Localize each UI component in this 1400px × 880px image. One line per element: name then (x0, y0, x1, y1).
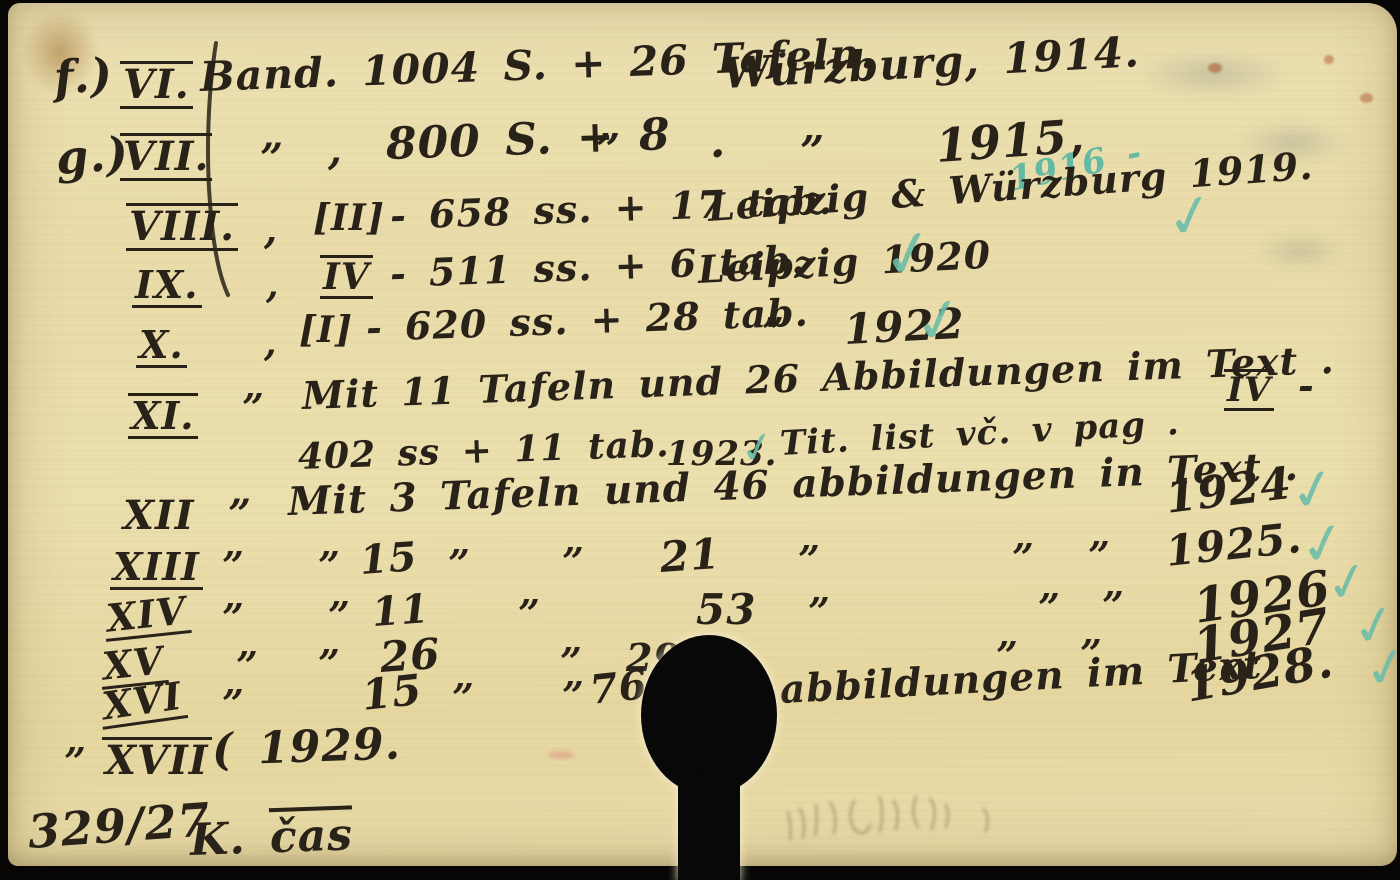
period-mark: . (710, 121, 726, 165)
dash-mark: - (1298, 367, 1315, 405)
ditto-mark: ” (452, 679, 475, 717)
ditto-mark: ” (596, 129, 621, 171)
ditto-number: 15 (359, 537, 419, 581)
roman-numeral: IX. (132, 265, 202, 308)
entry-prefix: g.) (54, 130, 130, 181)
ditto-mark: ” (222, 547, 245, 585)
ditto-mark: ” (762, 313, 785, 351)
roman-numeral: VII. (120, 133, 212, 181)
catalog-card: f.) VI. Band. 1004 S. + 26 Tafeln. Würzb… (8, 3, 1397, 866)
roman-numeral: XI. (128, 393, 198, 439)
shelfmark: 329/27 (26, 796, 212, 855)
roman-numeral: XII (120, 495, 197, 537)
ditto-mark: ” (562, 677, 585, 715)
ditto-mark: ” (260, 139, 284, 179)
ditto-mark: ” (1102, 587, 1125, 625)
ditto-mark: , (264, 325, 278, 361)
volume-numeral: [I] (296, 311, 356, 349)
ditto-mark: ” (242, 389, 265, 427)
ditto-mark: ” (448, 545, 471, 583)
footer-note: K. čas (189, 813, 353, 863)
keyhole-cutout (604, 609, 824, 880)
ditto-number: 11 (371, 589, 431, 633)
entry-body: 800 S. + 8 (385, 113, 671, 167)
volume-numeral: [II] (310, 199, 388, 237)
ditto-mark: ” (222, 599, 245, 637)
ditto-mark: ” (518, 595, 541, 633)
ditto-mark: ” (222, 685, 245, 723)
ditto-mark: ” (318, 645, 341, 683)
volume-numeral: IV (1224, 369, 1274, 411)
ditto-number: 15 (360, 669, 425, 717)
ditto-mark: ” (562, 543, 585, 581)
ditto-mark: , (264, 211, 278, 249)
ditto-mark: ” (798, 541, 821, 579)
roman-numeral: XIII (110, 547, 203, 590)
roman-numeral: VI. (120, 61, 193, 109)
roman-numeral: XIV (102, 590, 192, 642)
ditto-mark: ” (236, 647, 259, 685)
roman-numeral: X. (136, 325, 187, 368)
ditto-mark: ” (228, 495, 252, 535)
ditto-mark: ” (1088, 537, 1111, 575)
volume-numeral: IV (320, 255, 373, 299)
ditto-number: 21 (659, 533, 722, 579)
roman-numeral: XVII (102, 737, 212, 782)
ditto-mark: ” (1012, 539, 1035, 577)
ditto-mark: ” (800, 131, 825, 173)
entry-prefix: f.) (52, 51, 114, 101)
ditto-mark: , (328, 131, 343, 171)
roman-numeral: VIII. (126, 203, 238, 251)
scanned-catalog-card-page: f.) VI. Band. 1004 S. + 26 Tafeln. Würzb… (0, 0, 1400, 880)
ditto-mark: ” (318, 547, 341, 585)
ditto-mark: , (266, 267, 280, 303)
ditto-mark: ” (64, 743, 87, 781)
ditto-mark: ” (1038, 589, 1061, 627)
entry-body: ( 1929. (211, 722, 401, 773)
ditto-mark: ” (328, 597, 351, 635)
